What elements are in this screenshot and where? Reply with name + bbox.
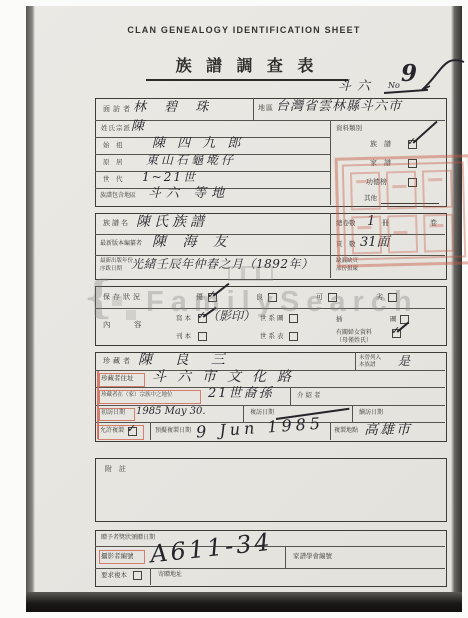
permit-copy-label: 允許複製 xyxy=(100,428,124,435)
content-table-checkbox xyxy=(289,332,298,341)
publish-date-value: 光緒壬辰年仲春之月（1892年） xyxy=(131,258,314,270)
category-jiapu-label: 家 譜 xyxy=(370,160,391,168)
familysearch-logo-square xyxy=(228,266,243,281)
genealogy-name-value: 陳氏族譜 xyxy=(136,215,208,229)
damage-label-line2: 部份損壞 xyxy=(336,266,358,272)
origin-value: 東山石龜墘仔 xyxy=(146,154,236,166)
photographer-number-label: 攝影者編號 xyxy=(101,553,134,560)
pages-value: 31面 xyxy=(360,236,390,249)
handwritten-arrow-icon xyxy=(416,56,466,100)
familysearch-logo-square xyxy=(112,296,122,306)
interviewer-label: 面訪者 xyxy=(103,106,133,114)
clan-value: 陳 xyxy=(131,120,144,133)
collector-position-label: 珍藏者在（家）宗族中之地位 xyxy=(101,392,173,398)
not-listed-value: 是 xyxy=(398,355,410,367)
category-label: 資料類別 xyxy=(336,125,362,132)
generations-label: 世 代 xyxy=(103,176,123,183)
first-visit-label: 初訪日期 xyxy=(101,410,125,417)
form-title-zh: 族 譜 調 查 表 xyxy=(146,58,348,81)
volumes-unit2: 卷 xyxy=(430,220,437,228)
coverage-value: 斗六 等地 xyxy=(148,187,229,200)
compiler-value: 陳 海 友 xyxy=(152,235,233,249)
publish-date-label-line1: 最新出版年份 xyxy=(100,258,133,264)
content-women-note: （母僅姓氏） xyxy=(336,338,372,345)
scan-edge-bottom xyxy=(26,592,462,612)
volumes-unit1: 冊 xyxy=(382,220,389,228)
society-number-label: 家譜學會編號 xyxy=(293,553,332,560)
content-print-checkbox xyxy=(198,332,207,341)
revisit-label: 複訪日期 xyxy=(250,410,274,417)
volumes-label: 總卷數 xyxy=(336,220,356,227)
region-value: 台灣省雲林縣斗六市 xyxy=(276,100,402,113)
familysearch-logo-square xyxy=(126,310,136,320)
collector-address-value: 斗六市文化路 xyxy=(152,370,302,384)
scanned-form-page: CLAN GENEALOGY IDENTIFICATION SHEET 族 譜 … xyxy=(0,0,468,618)
familysearch-logo-square xyxy=(243,266,258,281)
origin-label: 原 居 xyxy=(103,159,123,166)
region-label: 地區 xyxy=(258,105,274,113)
coverage-label: 族譜包含地區 xyxy=(100,193,136,200)
annotation-place: 斗六 xyxy=(338,80,376,93)
content-print-label: 刊本 xyxy=(176,333,193,340)
compiler-label: 最新版本編纂者 xyxy=(100,241,142,248)
not-listed-label-line2: 本族譜 xyxy=(359,362,376,368)
notes-label: 附 註 xyxy=(105,466,126,474)
award-date-label: 贈予者獎狀頒贈日期 xyxy=(101,535,155,542)
familysearch-logo-square xyxy=(258,266,273,281)
permit-copy-checkmark: ✓ xyxy=(127,423,136,434)
request-copy-label: 要求複本 xyxy=(101,572,127,579)
familysearch-watermark-text: FamilySearch xyxy=(146,286,419,319)
ancestor-value: 陳 四 九 郎 xyxy=(152,137,244,150)
interviewer-value: 林 碧 珠 xyxy=(133,101,215,114)
content-table-label: 世系表 xyxy=(260,333,286,340)
category-other-underline xyxy=(381,203,439,204)
collector-address-label: 珍藏者住址 xyxy=(101,375,134,382)
category-gongdebang-checkbox xyxy=(408,178,417,187)
not-listed-label-line1: 未曾列入 xyxy=(359,355,381,361)
pages-label: 頁 數 xyxy=(336,241,356,248)
volumes-value: 1 xyxy=(367,215,375,228)
annotation-no-label: No xyxy=(388,82,400,90)
category-other-label: 其他 xyxy=(364,195,377,202)
genealogy-name-label: 族譜名 xyxy=(103,220,130,228)
collector-label: 珍藏者 xyxy=(103,358,133,366)
category-zupu-label: 族 譜 xyxy=(370,141,391,149)
ancestor-label: 始 祖 xyxy=(103,142,123,149)
generations-value: 1~21世 xyxy=(142,171,197,183)
familysearch-watermark-bracket: { xyxy=(84,272,112,323)
content-women-label: 有關婦女資料 xyxy=(336,330,372,337)
request-copy-checkbox xyxy=(133,571,142,580)
clan-label: 姓氏宗派 xyxy=(101,125,131,132)
followup-visit-label: 續訪日期 xyxy=(359,410,383,417)
scan-edge-left xyxy=(26,6,35,612)
annotation-no-value: 9 xyxy=(401,62,417,85)
damage-label-line1: 缺漏缺頁 xyxy=(336,258,358,264)
first-visit-value: 1985 May 30. xyxy=(136,407,206,417)
category-gongdebang-label: 功德榜 xyxy=(366,179,387,187)
mailing-address-label: 寄贈地址 xyxy=(158,572,182,579)
copy-place-value: 高雄市 xyxy=(364,423,412,437)
introducer-label: 介紹者 xyxy=(297,392,323,399)
collector-position-value: 21世裔孫 xyxy=(208,387,274,400)
collector-value: 陳 良 三 xyxy=(138,353,234,367)
category-jiapu-checkbox xyxy=(408,159,417,168)
form-title-en: CLAN GENEALOGY IDENTIFICATION SHEET xyxy=(26,26,462,36)
copy-place-label: 複製地點 xyxy=(334,428,358,435)
planned-copy-date-label: 預擬複製日期 xyxy=(155,428,191,435)
table-notes xyxy=(95,458,447,522)
